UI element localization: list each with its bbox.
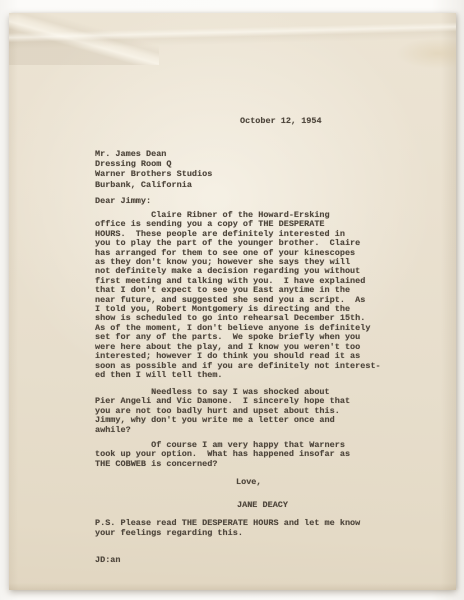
letter-date: October 12, 1954 <box>240 117 322 126</box>
recipient-address: Mr. James Dean Dressing Room Q Warner Br… <box>95 149 212 190</box>
letter-page: October 12, 1954 Mr. James Dean Dressing… <box>9 13 456 590</box>
postscript: P.S. Please read THE DESPERATE HOURS and… <box>95 519 360 539</box>
signature-name: JANE DEACY <box>237 501 288 510</box>
salutation: Dear Jimmy: <box>95 197 151 206</box>
body-paragraph-3: Of course I am very happy that Warners t… <box>95 441 350 469</box>
typist-reference-initials: JD:an <box>95 556 121 565</box>
body-paragraph-1: Claire Ribner of the Howard-Ersking offi… <box>95 211 381 380</box>
closing-valediction: Love, <box>236 478 262 487</box>
scan-background: October 12, 1954 Mr. James Dean Dressing… <box>0 0 464 600</box>
body-paragraph-2: Needless to say I was shocked about Pier… <box>95 388 350 435</box>
